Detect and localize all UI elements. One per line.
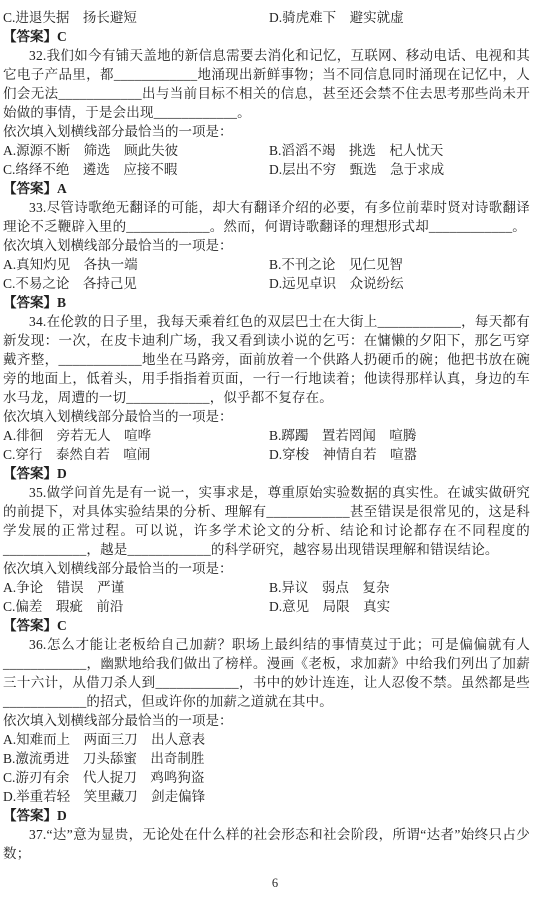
q36-answer: 【答案】D (3, 806, 530, 825)
q32-options-cd-left: C.络绎不绝 遴选 应接不暇 (3, 160, 269, 179)
q36-option-c: C.游刃有余 代人捉刀 鸡鸣狗盗 (3, 768, 530, 787)
q37-stem: 37.“达”意为显贵，无论处在什么样的社会形态和社会阶段，所谓“达者”始终只占少… (3, 825, 530, 863)
q33-answer: 【答案】B (3, 293, 530, 312)
q33-options-cd-right: D.远见卓识 众说纷纭 (269, 274, 530, 293)
q31-options-cd: C.进退失据 扬长避短D.骑虎难下 避实就虚 (3, 8, 530, 27)
q34-answer: 【答案】D (3, 464, 530, 483)
q34-prompt: 依次填入划横线部分最恰当的一项是： (3, 407, 530, 426)
q35-options-cd-left: C.偏差 瑕疵 前沿 (3, 597, 269, 616)
q36-prompt: 依次填入划横线部分最恰当的一项是： (3, 711, 530, 730)
q34-options-cd-right: D.穿梭 神情自若 喧嚣 (269, 445, 530, 464)
q34-options-cd: C.穿行 泰然自若 喧闹D.穿梭 神情自若 喧嚣 (3, 445, 530, 464)
q33-options-ab-right: B.不刊之论 见仁见智 (269, 255, 530, 274)
q32-options-ab-left: A.源源不断 筛选 顾此失彼 (3, 141, 269, 160)
q33-options-ab: A.真知灼见 各执一端B.不刊之论 见仁见智 (3, 255, 530, 274)
q32-stem: 32.我们如今有铺天盖地的新信息需要去消化和记忆，互联网、移动电话、电视和其它电… (3, 46, 530, 122)
q34-options-ab: A.徘徊 旁若无人 喧哗B.踯躅 置若罔闻 喧腾 (3, 426, 530, 445)
q35-options-cd-right: D.意见 局限 真实 (269, 597, 530, 616)
q31-answer: 【答案】C (3, 27, 530, 46)
q36-option-a: A.知难而上 两面三刀 出人意表 (3, 730, 530, 749)
q31-options-cd-left: C.进退失据 扬长避短 (3, 8, 269, 27)
q35-options-ab-right: B.异议 弱点 复杂 (269, 578, 530, 597)
q34-options-ab-left: A.徘徊 旁若无人 喧哗 (3, 426, 269, 445)
q36-option-b: B.激流勇进 刀头舔蜜 出奇制胜 (3, 749, 530, 768)
q31-options-cd-right: D.骑虎难下 避实就虚 (269, 8, 530, 27)
q32-prompt: 依次填入划横线部分最恰当的一项是： (3, 122, 530, 141)
exam-page: C.进退失据 扬长避短D.骑虎难下 避实就虚【答案】C32.我们如今有铺天盖地的… (0, 0, 550, 900)
q33-stem: 33.尽管诗歌绝无翻译的可能，却大有翻译介绍的必要，有多位前辈时贤对诗歌翻译理论… (3, 198, 530, 236)
q36-stem: 36.怎么才能让老板给自己加薪？职场上最纠结的事情莫过于此；可是偏偏就有人___… (3, 635, 530, 711)
q32-answer: 【答案】A (3, 179, 530, 198)
q35-options-ab-left: A.争论 错误 严谨 (3, 578, 269, 597)
q33-options-cd-left: C.不易之论 各持己见 (3, 274, 269, 293)
q35-prompt: 依次填入划横线部分最恰当的一项是： (3, 559, 530, 578)
q34-options-cd-left: C.穿行 泰然自若 喧闹 (3, 445, 269, 464)
q35-options-ab: A.争论 错误 严谨B.异议 弱点 复杂 (3, 578, 530, 597)
q32-options-cd: C.络绎不绝 遴选 应接不暇D.层出不穷 甄选 急于求成 (3, 160, 530, 179)
document-body: C.进退失据 扬长避短D.骑虎难下 避实就虚【答案】C32.我们如今有铺天盖地的… (0, 0, 550, 863)
q33-options-ab-left: A.真知灼见 各执一端 (3, 255, 269, 274)
q35-answer: 【答案】C (3, 616, 530, 635)
q35-options-cd: C.偏差 瑕疵 前沿D.意见 局限 真实 (3, 597, 530, 616)
q33-prompt: 依次填入划横线部分最恰当的一项是： (3, 236, 530, 255)
q36-option-d: D.举重若轻 笑里藏刀 剑走偏锋 (3, 787, 530, 806)
q33-options-cd: C.不易之论 各持己见D.远见卓识 众说纷纭 (3, 274, 530, 293)
q34-stem: 34.在伦敦的日子里，我每天乘着红色的双层巴士在大街上____________，… (3, 312, 530, 407)
q32-options-cd-right: D.层出不穷 甄选 急于求成 (269, 160, 530, 179)
q32-options-ab-right: B.滔滔不竭 挑选 杞人忧天 (269, 141, 530, 160)
q32-options-ab: A.源源不断 筛选 顾此失彼B.滔滔不竭 挑选 杞人忧天 (3, 141, 530, 160)
page-number: 6 (0, 874, 550, 893)
q34-options-ab-right: B.踯躅 置若罔闻 喧腾 (269, 426, 530, 445)
q35-stem: 35.做学问首先是有一说一，实事求是，尊重原始实验数据的真实性。在诚实做研究的前… (3, 483, 530, 559)
